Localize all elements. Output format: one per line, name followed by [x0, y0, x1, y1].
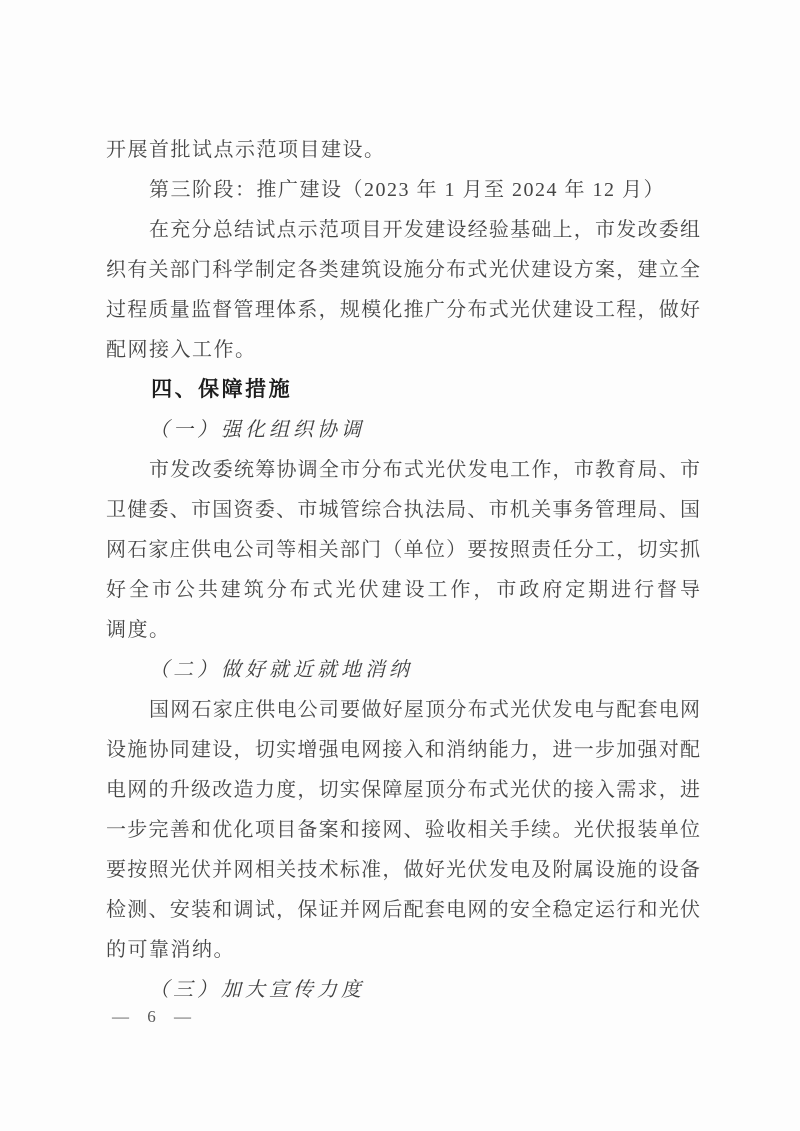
paragraph-line: 开展首批试点示范项目建设。	[106, 130, 700, 170]
paragraph-line: 一步完善和优化项目备案和接网、验收相关手续。光伏报装单位	[106, 810, 700, 850]
paragraph-line: 好全市公共建筑分布式光伏建设工作，市政府定期进行督导	[106, 570, 700, 610]
paragraph-line: 织有关部门科学制定各类建筑设施分布式光伏建设方案，建立全	[106, 250, 700, 290]
paragraph-line: 的可靠消纳。	[106, 930, 700, 970]
paragraph-line: 卫健委、市国资委、市城管综合执法局、市机关事务管理局、国	[106, 490, 700, 530]
paragraph-line: 设施协同建设，切实增强电网接入和消纳能力，进一步加强对配	[106, 730, 700, 770]
paragraph-line: 在充分总结试点示范项目开发建设经验基础上，市发改委组	[106, 210, 700, 250]
paragraph-line: 市发改委统筹协调全市分布式光伏发电工作，市教育局、市	[106, 450, 700, 490]
subsection-heading-1: （一）强化组织协调	[106, 410, 700, 450]
paragraph-line: 电网的升级改造力度，切实保障屋顶分布式光伏的接入需求，进	[106, 770, 700, 810]
page-number-label: — 6 —	[112, 1007, 198, 1026]
paragraph-line: 配网接入工作。	[106, 330, 700, 370]
paragraph-line: 要按照光伏并网相关技术标准，做好光伏发电及附属设施的设备	[106, 850, 700, 890]
paragraph-line: 检测、安装和调试，保证并网后配套电网的安全稳定运行和光伏	[106, 890, 700, 930]
paragraph-line: 调度。	[106, 610, 700, 650]
document-content: 开展首批试点示范项目建设。 第三阶段：推广建设（2023 年 1 月至 2024…	[106, 130, 700, 1010]
document-page: 开展首批试点示范项目建设。 第三阶段：推广建设（2023 年 1 月至 2024…	[0, 0, 800, 1131]
subsection-heading-2: （二）做好就近就地消纳	[106, 650, 700, 690]
paragraph-line: 过程质量监督管理体系，规模化推广分布式光伏建设工程，做好	[106, 290, 700, 330]
paragraph-line: 网石家庄供电公司等相关部门（单位）要按照责任分工，切实抓	[106, 530, 700, 570]
section-heading: 四、保障措施	[106, 370, 700, 410]
paragraph-line: 国网石家庄供电公司要做好屋顶分布式光伏发电与配套电网	[106, 690, 700, 730]
phase-3-line: 第三阶段：推广建设（2023 年 1 月至 2024 年 12 月）	[106, 170, 700, 210]
page-number: — 6 —	[112, 1004, 198, 1030]
